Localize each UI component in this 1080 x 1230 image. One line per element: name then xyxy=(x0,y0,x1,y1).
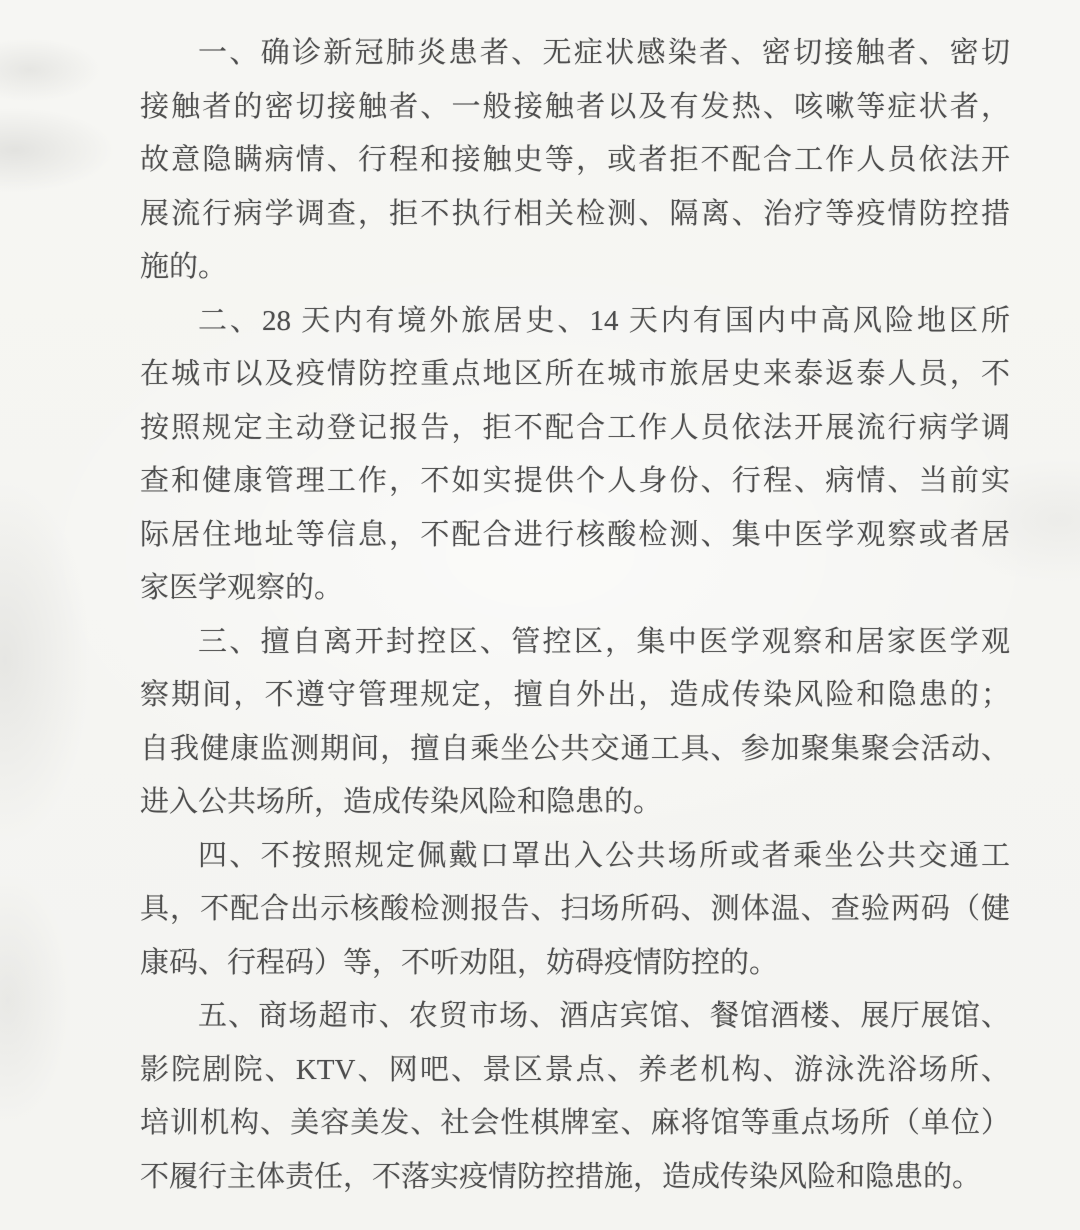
text-line: 自我健康监测期间，擅自乘坐公共交通工具、参加聚集聚会活动、 xyxy=(140,723,1010,777)
text-line: 康码、行程码）等，不听劝阻，妨碍疫情防控的。 xyxy=(140,937,1010,991)
paragraph-1: 一、确诊新冠肺炎患者、无症状感染者、密切接触者、密切 接触者的密切接触者、一般接… xyxy=(140,27,1080,295)
scanned-notice-page: 一、确诊新冠肺炎患者、无症状感染者、密切接触者、密切 接触者的密切接触者、一般接… xyxy=(0,0,1080,1230)
text-line: 察期间，不遵守管理规定，擅自外出，造成传染风险和隐患的； xyxy=(140,669,1010,723)
text-line: 五、商场超市、农贸市场、酒店宾馆、餐馆酒楼、展厅展馆、 xyxy=(140,990,1010,1044)
text-line: 按照规定主动登记报告，拒不配合工作人员依法开展流行病学调 xyxy=(140,402,1010,456)
text-line: 查和健康管理工作，不如实提供个人身份、行程、病情、当前实 xyxy=(140,455,1010,509)
text-line: 二、28 天内有境外旅居史、14 天内有国内中高风险地区所 xyxy=(140,295,1010,349)
text-line: 接触者的密切接触者、一般接触者以及有发热、咳嗽等症状者， xyxy=(140,81,1010,135)
text-line: 四、不按照规定佩戴口罩出入公共场所或者乘坐公共交通工 xyxy=(140,830,1010,884)
text-line: 培训机构、美容美发、社会性棋牌室、麻将馆等重点场所（单位） xyxy=(140,1097,1010,1151)
paragraph-4: 四、不按照规定佩戴口罩出入公共场所或者乘坐公共交通工 具，不配合出示核酸检测报告… xyxy=(140,830,1080,991)
text-line: 一、确诊新冠肺炎患者、无症状感染者、密切接触者、密切 xyxy=(140,27,1010,81)
text-line: 施的。 xyxy=(140,241,1010,295)
text-line: 展流行病学调查，拒不执行相关检测、隔离、治疗等疫情防控措 xyxy=(140,188,1010,242)
text-line: 家医学观察的。 xyxy=(140,562,1010,616)
paragraph-2: 二、28 天内有境外旅居史、14 天内有国内中高风险地区所 在城市以及疫情防控重… xyxy=(140,295,1080,616)
text-line: 故意隐瞒病情、行程和接触史等，或者拒不配合工作人员依法开 xyxy=(140,134,1010,188)
text-line: 具，不配合出示核酸检测报告、扫场所码、测体温、查验两码（健 xyxy=(140,883,1010,937)
text-line: 在城市以及疫情防控重点地区所在城市旅居史来泰返泰人员，不 xyxy=(140,348,1010,402)
text-line: 影院剧院、KTV、网吧、景区景点、养老机构、游泳洗浴场所、 xyxy=(140,1044,1010,1098)
paragraph-5: 五、商场超市、农贸市场、酒店宾馆、餐馆酒楼、展厅展馆、 影院剧院、KTV、网吧、… xyxy=(140,990,1080,1204)
paragraph-3: 三、擅自离开封控区、管控区，集中医学观察和居家医学观 察期间，不遵守管理规定，擅… xyxy=(140,616,1080,830)
text-line: 际居住地址等信息，不配合进行核酸检测、集中医学观察或者居 xyxy=(140,509,1010,563)
text-line: 不履行主体责任，不落实疫情防控措施，造成传染风险和隐患的。 xyxy=(140,1151,1010,1205)
text-line: 三、擅自离开封控区、管控区，集中医学观察和居家医学观 xyxy=(140,616,1010,670)
text-line: 进入公共场所，造成传染风险和隐患的。 xyxy=(140,776,1010,830)
